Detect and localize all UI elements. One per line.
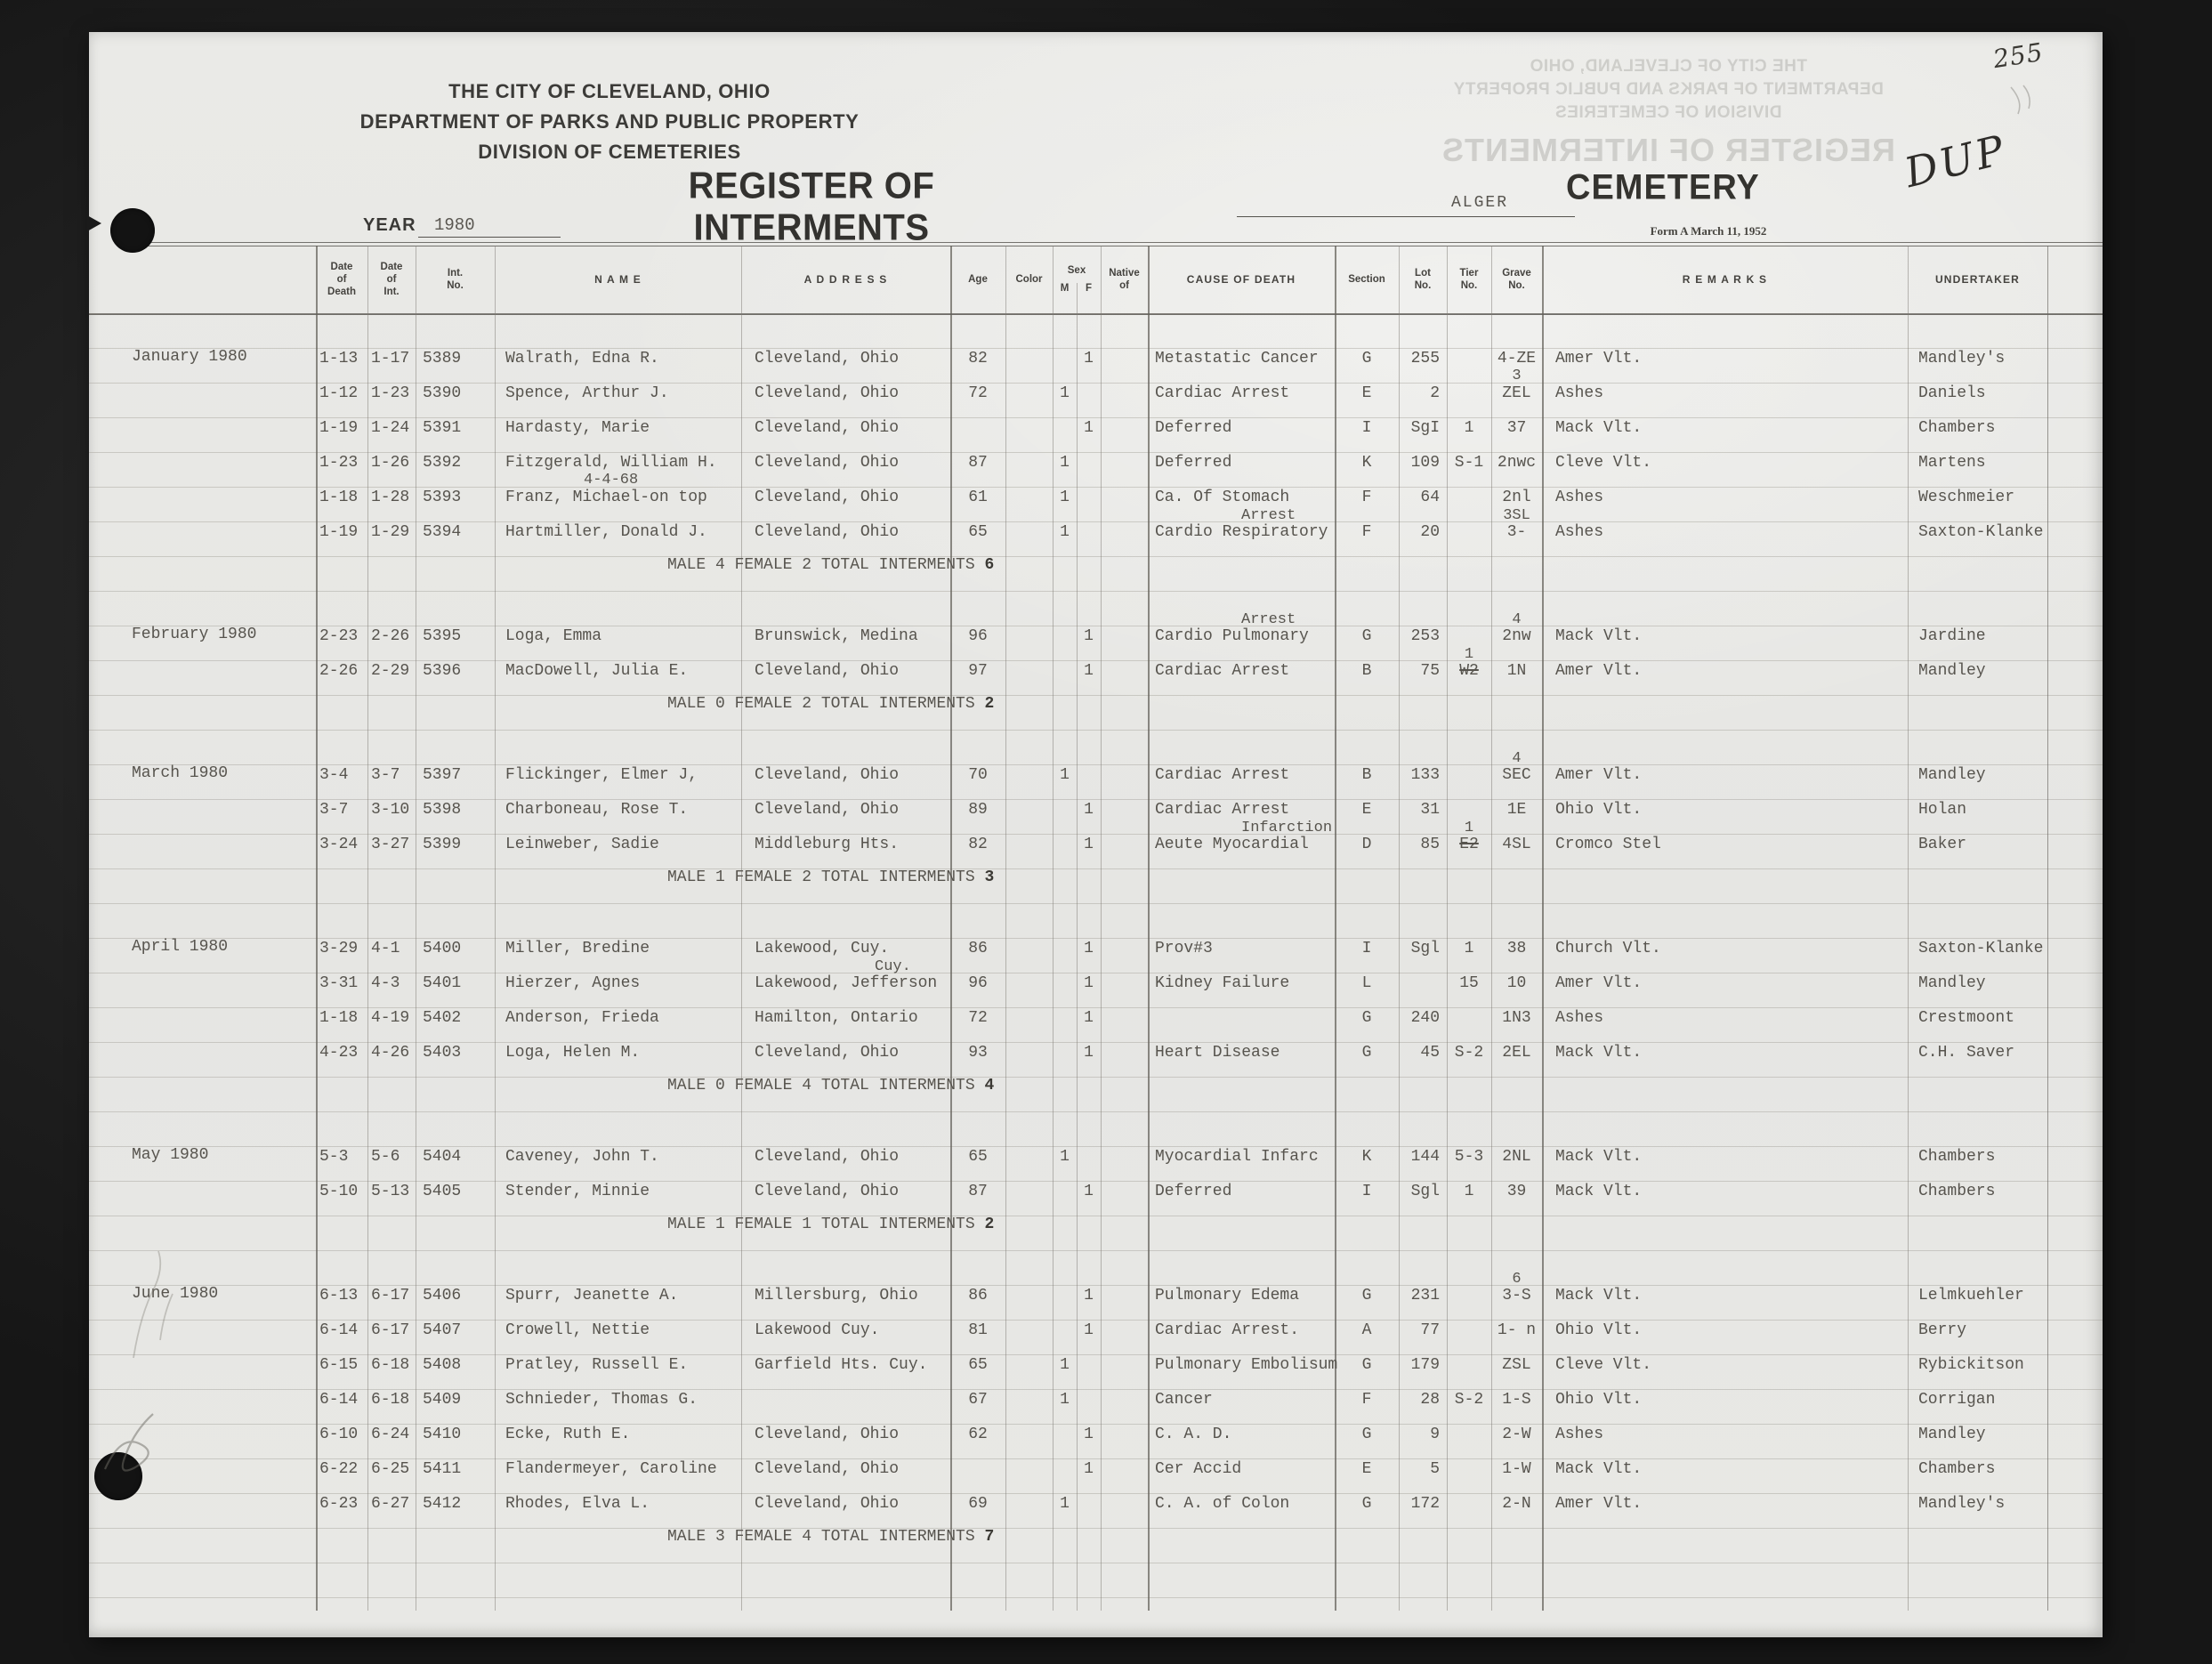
cell-cause: Deferred	[1148, 419, 1342, 454]
cell-text: Cleveland, Ohio	[755, 1183, 899, 1200]
cell-text: 72	[968, 1009, 988, 1027]
cell-cause: Cancer	[1148, 1391, 1342, 1426]
cell-di: 3-27	[367, 836, 419, 870]
cell-text: 172	[1411, 1495, 1440, 1513]
cell-addr: Lakewood, JeffersonCuy.	[741, 974, 964, 1009]
cell-remarks: Amer Vlt.	[1542, 662, 1921, 697]
cell-addr: Cleveland, Ohio	[741, 1460, 964, 1495]
cell-grave: SEC4	[1491, 766, 1542, 801]
cell-lot: 75	[1399, 662, 1447, 697]
cell-lot: 20	[1399, 523, 1447, 558]
cell-grave: 2NL	[1491, 1148, 1542, 1183]
cell-addr: Cleveland, Ohio	[741, 1183, 964, 1217]
cell-undertaker: Mandley	[1908, 974, 2058, 1009]
cell-text: Flickinger, Elmer J,	[505, 766, 698, 784]
cell-grave: 2nwc	[1491, 454, 1542, 489]
cell-addr: Millersburg, Ohio	[741, 1287, 964, 1321]
register-row: 1-191-295394Hartmiller, Donald J.Clevela…	[316, 521, 2047, 556]
cell-text: Lakewood, Jefferson	[755, 974, 937, 992]
register-row: 6-146-175407Crowell, NettieLakewood Cuy.…	[316, 1320, 2047, 1354]
cell-undertaker: Chambers	[1908, 1148, 2058, 1183]
cell-text: Mandley	[1918, 662, 1986, 680]
cell-section: G	[1335, 627, 1399, 662]
cell-dd: 1-18	[316, 489, 371, 523]
cell-tier: W21	[1447, 662, 1491, 697]
cell-text: 5404	[423, 1148, 461, 1166]
cell-m: 1	[1053, 1495, 1077, 1530]
cell-grave: 10	[1491, 974, 1542, 1009]
cell-name: Hartmiller, Donald J.	[495, 523, 752, 558]
cell-text: E	[1362, 801, 1372, 819]
cell-text: Cleveland, Ohio	[755, 1148, 899, 1166]
cell-text: Amer Vlt.	[1555, 1495, 1642, 1513]
cell-text: G	[1362, 1287, 1372, 1305]
cell-text: Martens	[1918, 454, 1986, 472]
cell-undertaker: Jardine	[1908, 627, 2058, 662]
cell-remarks: Ashes	[1542, 384, 1921, 419]
cell-text: 1-23	[319, 454, 358, 472]
cell-text: 1	[1084, 662, 1094, 680]
agency-line: DIVISION OF CEMETERIES	[343, 137, 876, 167]
cell-text: E2	[1459, 836, 1479, 853]
cell-no: 5405	[416, 1183, 502, 1217]
cell-text: 4-19	[371, 1009, 409, 1027]
cell-remarks: Mack Vlt.	[1542, 627, 1921, 662]
cell-addr: Hamilton, Ontario	[741, 1009, 964, 1044]
cell-text: Cleveland, Ohio	[755, 1044, 899, 1062]
cell-text: 1-18	[319, 489, 358, 506]
cell-text: Mack Vlt.	[1555, 1460, 1642, 1478]
cell-age: 96	[950, 627, 1005, 662]
cell-text: 6-14	[319, 1321, 358, 1339]
cell-lot: Sgl	[1399, 1183, 1447, 1217]
cell-text: 62	[968, 1426, 988, 1443]
handwritten-dup-note: DUP	[1900, 125, 2011, 197]
cell-text: 28	[1420, 1391, 1440, 1409]
cell-di: 6-18	[367, 1391, 419, 1426]
cell-addr: Garfield Hts. Cuy.	[741, 1356, 964, 1391]
cell-grave: 2-W	[1491, 1426, 1542, 1460]
cell-grave: 4SL	[1491, 836, 1542, 870]
cell-dd: 3-7	[316, 801, 371, 836]
cell-text: Cleveland, Ohio	[755, 523, 899, 541]
cell-text: 1-24	[371, 419, 409, 437]
cell-text: Lelmkuehler	[1918, 1287, 2024, 1305]
cell-dd: 6-14	[316, 1391, 371, 1426]
cell-text: 20	[1420, 523, 1440, 541]
cell-addr: Cleveland, Ohio	[741, 523, 964, 558]
cell-remarks: Amer Vlt.	[1542, 766, 1921, 801]
cell-annotation-above: Infarction	[1241, 820, 1332, 836]
cell-no: 5392	[416, 454, 502, 489]
cell-no: 5409	[416, 1391, 502, 1426]
cell-text: Mack Vlt.	[1555, 1183, 1642, 1200]
cell-no: 5412	[416, 1495, 502, 1530]
pencil-scribble	[107, 1233, 231, 1376]
cell-text: 65	[968, 523, 988, 541]
cell-text: 6-24	[371, 1426, 409, 1443]
cell-text: 5391	[423, 419, 461, 437]
cell-no: 5389	[416, 350, 502, 384]
cell-text: 1	[1084, 1044, 1094, 1062]
cell-tier: 1	[1447, 419, 1491, 454]
cell-section: F	[1335, 523, 1399, 558]
cell-age: 86	[950, 1287, 1005, 1321]
column-header-sex: SexMF	[1053, 247, 1101, 311]
cell-text: 1	[1060, 1148, 1070, 1166]
cell-text: Fitzgerald, William H.	[505, 454, 717, 472]
register-row: 3-43-75397Flickinger, Elmer J,Cleveland,…	[316, 764, 2047, 799]
register-row: 1-181-285393Franz, Michael-on topClevela…	[316, 487, 2047, 521]
cell-section: G	[1335, 1009, 1399, 1044]
cell-tier: S-1	[1447, 454, 1491, 489]
cell-f: 1	[1077, 662, 1101, 697]
cell-text: 4-1	[371, 940, 400, 957]
cell-di: 3-7	[367, 766, 419, 801]
cell-di: 4-1	[367, 940, 419, 974]
cell-text: 5396	[423, 662, 461, 680]
cell-text: Amer Vlt.	[1555, 766, 1642, 784]
cell-text: L	[1362, 974, 1372, 992]
cell-text: Stender, Minnie	[505, 1183, 650, 1200]
cell-text: 1-17	[371, 350, 409, 368]
cell-text: 1	[1084, 1287, 1094, 1305]
cell-text: 65	[968, 1148, 988, 1166]
column-header-tier: Tier No.	[1447, 247, 1491, 311]
cell-text: 81	[968, 1321, 988, 1339]
cell-di: 1-29	[367, 523, 419, 558]
cell-remarks: Mack Vlt.	[1542, 1148, 1921, 1183]
cell-age: 81	[950, 1321, 1005, 1356]
cell-di: 6-27	[367, 1495, 419, 1530]
cell-cause: Cardio PulmonaryArrest	[1148, 627, 1342, 662]
cell-text: Berry	[1918, 1321, 1966, 1339]
cell-remarks: Mack Vlt.	[1542, 419, 1921, 454]
cell-age: 72	[950, 1009, 1005, 1044]
cell-addr: Cleveland, Ohio	[741, 1148, 964, 1183]
register-row: 1-131-175389Walrath, Edna R.Cleveland, O…	[316, 348, 2047, 383]
cell-cause: Aeute MyocardialInfarction	[1148, 836, 1342, 870]
cell-lot: 28	[1399, 1391, 1447, 1426]
cell-text: 5395	[423, 627, 461, 645]
column-header-cause: CAUSE OF DEATH	[1148, 247, 1335, 311]
cell-text: 70	[968, 766, 988, 784]
cell-text: Church Vlt.	[1555, 940, 1661, 957]
cell-text: 5389	[423, 350, 461, 368]
cell-age: 82	[950, 350, 1005, 384]
cell-text: Cleveland, Ohio	[755, 766, 899, 784]
cell-text: 1	[1084, 836, 1094, 853]
cell-age: 87	[950, 1183, 1005, 1217]
cell-text: 1-13	[319, 350, 358, 368]
cell-dd: 1-13	[316, 350, 371, 384]
cell-lot: 253	[1399, 627, 1447, 662]
cell-text: 2nwc	[1498, 454, 1536, 472]
summary-text: MALE 0 FEMALE 2 TOTAL INTERMENTS	[667, 695, 984, 713]
cell-text: Hardasty, Marie	[505, 419, 650, 437]
cell-age: 65	[950, 1148, 1005, 1183]
cell-text: Ohio Vlt.	[1555, 801, 1642, 819]
cell-text: Pratley, Russell E.	[505, 1356, 688, 1374]
cell-text: 69	[968, 1495, 988, 1513]
cell-cause: Cardio RespiratoryArrest	[1148, 523, 1342, 558]
cell-text: Lakewood Cuy.	[755, 1321, 879, 1339]
cell-undertaker: Mandley's	[1908, 350, 2058, 384]
cell-text: 5403	[423, 1044, 461, 1062]
cell-section: F	[1335, 1391, 1399, 1426]
cell-text: F	[1362, 523, 1372, 541]
cell-name: Flickinger, Elmer J,	[495, 766, 752, 801]
cell-lot: 144	[1399, 1148, 1447, 1183]
cell-text: 1	[1084, 627, 1094, 645]
cell-text: SgI	[1411, 419, 1440, 437]
cell-text: 133	[1411, 766, 1440, 784]
cell-dd: 6-22	[316, 1460, 371, 1495]
cell-text: 15	[1459, 974, 1479, 992]
cell-annotation-above: Arrest	[1241, 507, 1296, 524]
register-row: 3-314-35401Hierzer, AgnesLakewood, Jeffe…	[316, 973, 2047, 1007]
year-label: YEAR	[363, 215, 416, 236]
cell-dd: 1-23	[316, 454, 371, 489]
cell-addr: Brunswick, Medina	[741, 627, 964, 662]
cell-m: 1	[1053, 1356, 1077, 1391]
cell-m: 1	[1053, 384, 1077, 419]
cell-text: 1	[1060, 454, 1070, 472]
cell-di: 4-19	[367, 1009, 419, 1044]
cell-undertaker: Mandley's	[1908, 1495, 2058, 1530]
cell-no: 5396	[416, 662, 502, 697]
cell-text: 1	[1084, 974, 1094, 992]
cell-text: Hierzer, Agnes	[505, 974, 640, 992]
cell-text: Jardine	[1918, 627, 1986, 645]
cell-text: 1	[1084, 940, 1094, 957]
cell-grave: 37	[1491, 419, 1542, 454]
cell-di: 4-26	[367, 1044, 419, 1078]
cell-remarks: Amer Vlt.	[1542, 350, 1921, 384]
cell-text: Mack Vlt.	[1555, 1148, 1642, 1166]
cell-grave: ZSL	[1491, 1356, 1542, 1391]
cell-age: 61	[950, 489, 1005, 523]
cell-remarks: Ashes	[1542, 489, 1921, 523]
cell-undertaker: Chambers	[1908, 419, 2058, 454]
cell-section: E	[1335, 801, 1399, 836]
cell-name: Caveney, John T.	[495, 1148, 752, 1183]
cell-annotation-above: 6	[1491, 1271, 1542, 1288]
cell-text: MacDowell, Julia E.	[505, 662, 688, 680]
cell-text: 1-12	[319, 384, 358, 402]
cell-text: 96	[968, 974, 988, 992]
cell-remarks: Ohio Vlt.	[1542, 1391, 1921, 1426]
cell-no: 5402	[416, 1009, 502, 1044]
cell-text: Schnieder, Thomas G.	[505, 1391, 698, 1409]
cell-text: Cleveland, Ohio	[755, 662, 899, 680]
cell-text: 4-ZE	[1498, 350, 1536, 368]
cell-remarks: Cleve Vlt.	[1542, 454, 1921, 489]
cell-undertaker: Lelmkuehler	[1908, 1287, 2058, 1321]
cell-text: 3-10	[371, 801, 409, 819]
cell-name: Spurr, Jeanette A.	[495, 1287, 752, 1321]
cell-f: 1	[1077, 1183, 1101, 1217]
cell-text: Chambers	[1918, 1148, 1995, 1166]
cell-text: 1E	[1507, 801, 1527, 819]
cell-text: E	[1362, 384, 1372, 402]
cell-dd: 1-19	[316, 419, 371, 454]
cell-text: 87	[968, 454, 988, 472]
cell-undertaker: Mandley	[1908, 662, 2058, 697]
cell-addr: Cleveland, Ohio	[741, 384, 964, 419]
cell-text: 5409	[423, 1391, 461, 1409]
register-row: 6-156-185408Pratley, Russell E.Garfield …	[316, 1354, 2047, 1389]
cell-text: 37	[1507, 419, 1527, 437]
cell-text: 6-10	[319, 1426, 358, 1443]
cell-age: 67	[950, 1391, 1005, 1426]
cell-remarks: Ohio Vlt.	[1542, 1321, 1921, 1356]
cell-di: 1-28	[367, 489, 419, 523]
register-row: 6-226-255411Flandermeyer, CarolineClevel…	[316, 1458, 2047, 1493]
cell-section: G	[1335, 1287, 1399, 1321]
cell-lot: 2	[1399, 384, 1447, 419]
cell-tier: S-2	[1447, 1044, 1491, 1078]
cell-grave: 3-3SL	[1491, 523, 1542, 558]
cell-text: 5407	[423, 1321, 461, 1339]
cell-section: G	[1335, 350, 1399, 384]
summary-text: MALE 0 FEMALE 4 TOTAL INTERMENTS	[667, 1077, 984, 1095]
cell-no: 5400	[416, 940, 502, 974]
cell-text: S-1	[1455, 454, 1483, 472]
summary-text: MALE 4 FEMALE 2 TOTAL INTERMENTS	[667, 556, 984, 574]
cell-di: 1-23	[367, 384, 419, 419]
cell-no: 5401	[416, 974, 502, 1009]
cell-di: 1-26	[367, 454, 419, 489]
header-double-rule-top	[138, 242, 2103, 243]
cell-text: C. A. of Colon	[1155, 1495, 1289, 1513]
cell-no: 5404	[416, 1148, 502, 1183]
cell-age: 82	[950, 836, 1005, 870]
cell-text: 1-19	[319, 523, 358, 541]
cell-text: 2-23	[319, 627, 358, 645]
hole-punch-top	[110, 208, 155, 253]
cell-text: Metastatic Cancer	[1155, 350, 1319, 368]
cell-dd: 1-12	[316, 384, 371, 419]
cell-name: Crowell, Nettie	[495, 1321, 752, 1356]
cell-text: 61	[968, 489, 988, 506]
cell-f: 1	[1077, 1321, 1101, 1356]
cell-lot: 179	[1399, 1356, 1447, 1391]
cell-text: 2-N	[1502, 1495, 1530, 1513]
cell-text: Mandley's	[1918, 1495, 2005, 1513]
cell-text: Ashes	[1555, 489, 1603, 506]
cell-text: 2	[1430, 384, 1440, 402]
cell-text: I	[1362, 940, 1372, 957]
cell-text: Ashes	[1555, 1426, 1603, 1443]
column-header-addr: A D D R E S S	[741, 247, 950, 311]
cell-text: Flandermeyer, Caroline	[505, 1460, 717, 1478]
cell-addr: Cleveland, Ohio	[741, 489, 964, 523]
cell-text: Walrath, Edna R.	[505, 350, 659, 368]
summary-total: 6	[984, 556, 994, 574]
cell-text: 9	[1430, 1426, 1440, 1443]
cell-m: 1	[1053, 454, 1077, 489]
cell-addr: Cleveland, Ohio	[741, 1426, 964, 1460]
cell-remarks: Ashes	[1542, 523, 1921, 558]
cell-name: Rhodes, Elva L.	[495, 1495, 752, 1530]
cell-age: 72	[950, 384, 1005, 419]
cell-text: Cleveland, Ohio	[755, 454, 899, 472]
cell-text: Garfield Hts. Cuy.	[755, 1356, 927, 1374]
cell-text: 4-26	[371, 1044, 409, 1062]
cell-text: 5400	[423, 940, 461, 957]
cell-undertaker: Berry	[1908, 1321, 2058, 1356]
cell-undertaker: C.H. Saver	[1908, 1044, 2058, 1078]
cell-text: 86	[968, 1287, 988, 1305]
cell-text: Franz, Michael-on top	[505, 489, 707, 506]
register-row: 2-262-295396MacDowell, Julia E.Cleveland…	[316, 660, 2047, 695]
cell-text: 6-17	[371, 1321, 409, 1339]
cell-text: 1	[1084, 801, 1094, 819]
column-header-color: Color	[1005, 247, 1053, 311]
cell-text: 97	[968, 662, 988, 680]
cell-text: 2nl	[1502, 489, 1530, 506]
cell-text: G	[1362, 1356, 1372, 1374]
cell-text: 1	[1060, 384, 1070, 402]
cell-text: 1	[1084, 1321, 1094, 1339]
cell-text: Charboneau, Rose T.	[505, 801, 688, 819]
cell-text: Mack Vlt.	[1555, 1044, 1642, 1062]
cell-text: 2EL	[1502, 1044, 1530, 1062]
cell-text: Cleveland, Ohio	[755, 419, 899, 437]
cell-age: 86	[950, 940, 1005, 974]
summary-text: MALE 1 FEMALE 1 TOTAL INTERMENTS	[667, 1216, 984, 1233]
cell-annotation-above: Cuy.	[875, 958, 911, 975]
cell-text: Cardio Respiratory	[1155, 523, 1328, 541]
cell-lot: 9	[1399, 1426, 1447, 1460]
cell-grave: 4-ZE3	[1491, 350, 1542, 384]
cell-text: 1	[1084, 1183, 1094, 1200]
cell-text: 6-14	[319, 1391, 358, 1409]
cell-text: 2-W	[1502, 1426, 1530, 1443]
cell-name: Loga, Helen M.	[495, 1044, 752, 1078]
cell-remarks: Amer Vlt.	[1542, 974, 1921, 1009]
cell-undertaker: Saxton-Klanke	[1908, 940, 2058, 974]
cell-text: Deferred	[1155, 454, 1231, 472]
register-row: 1-121-235390Spence, Arthur J.Cleveland, …	[316, 383, 2047, 417]
cell-text: 1N3	[1502, 1009, 1530, 1027]
cell-text: Cleveland, Ohio	[755, 1426, 899, 1443]
scan-background: THE CITY OF CLEVELAND, OHIO DEPARTMENT O…	[0, 0, 2212, 1664]
cell-text: 1- n	[1498, 1321, 1536, 1339]
cell-lot: 172	[1399, 1495, 1447, 1530]
summary-text: MALE 3 FEMALE 4 TOTAL INTERMENTS	[667, 1528, 984, 1546]
register-row: 2-232-265395Loga, EmmaBrunswick, Medina9…	[316, 626, 2047, 660]
cell-text: 1	[1465, 419, 1474, 437]
cell-undertaker: Daniels	[1908, 384, 2058, 419]
page-title: REGISTER OF INTERMENTS	[589, 166, 1034, 249]
handwritten-page-number: 255	[1991, 37, 2046, 74]
register-row: 6-106-245410Ecke, Ruth E.Cleveland, Ohio…	[316, 1424, 2047, 1458]
cell-text: Miller, Bredine	[505, 940, 650, 957]
cell-text: Ashes	[1555, 523, 1603, 541]
cell-text: Ohio Vlt.	[1555, 1391, 1642, 1409]
summary-total: 3	[984, 868, 994, 886]
cell-text: G	[1362, 627, 1372, 645]
cell-f: 1	[1077, 627, 1101, 662]
cell-dd: 6-15	[316, 1356, 371, 1391]
cell-undertaker: Chambers	[1908, 1183, 2058, 1217]
cell-di: 4-3	[367, 974, 419, 1009]
column-header-remarks: R E M A R K S	[1542, 247, 1908, 311]
cell-dd: 6-23	[316, 1495, 371, 1530]
cell-undertaker: Baker	[1908, 836, 2058, 870]
